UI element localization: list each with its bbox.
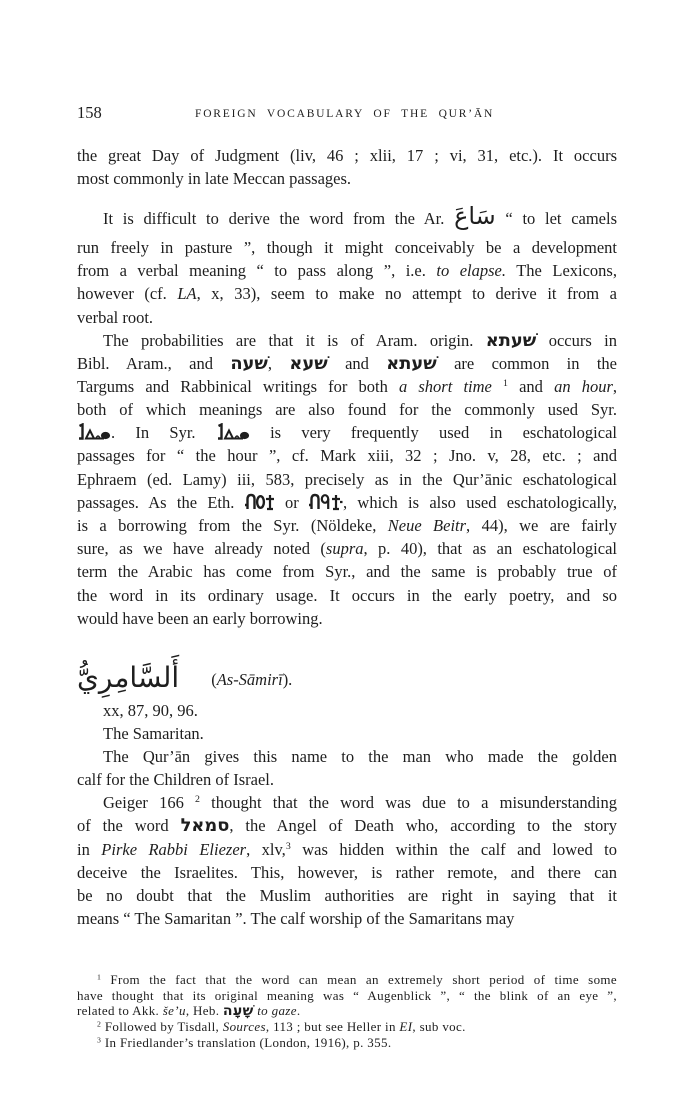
text-line: sure, as we have already noted (supra, p… — [77, 537, 617, 560]
text-line: calf for the Children of Israel. — [77, 768, 617, 791]
text-run: . — [297, 1003, 301, 1018]
text-run: Geiger 166 — [103, 793, 195, 812]
text-run: ). — [283, 670, 293, 689]
text-line: Targums and Rabbinical writings for both… — [77, 375, 617, 398]
text-line: means “ The Samaritan ”. The calf worshi… — [77, 907, 617, 930]
text-run: is very frequently used in eschatologica… — [250, 423, 617, 442]
paragraph-geiger: Geiger 166 2 thought that the word was d… — [77, 791, 617, 930]
italic-text: Sources — [223, 1019, 266, 1034]
paragraph-golden-calf: The Qur’ān gives this name to the man wh… — [77, 745, 617, 791]
hebrew-word: שׁעא — [289, 353, 327, 374]
text-run: The probabilities are that it is of Aram… — [103, 331, 486, 350]
text-run: are common in the — [437, 354, 617, 373]
text-line: however (cf. LA, x, 33), seem to make no… — [77, 282, 617, 305]
text-run: , sub voc. — [412, 1019, 465, 1034]
text-line: It is difficult to derive the word from … — [77, 196, 617, 236]
running-title: FOREIGN VOCABULARY OF THE QUR’ĀN — [195, 103, 494, 125]
paragraph-continuation: the great Day of Judgment (liv, 46 ; xli… — [77, 144, 617, 190]
text-run: or — [275, 493, 309, 512]
footnote-3: 3 In Friedlander’s translation (London, … — [77, 1035, 617, 1051]
ethiopic-word: ሰዐት — [245, 493, 275, 511]
paragraph-aramaic-origin: The probabilities are that it is of Aram… — [77, 329, 617, 630]
page-number: 158 — [77, 102, 102, 124]
hebrew-word: שׁעה — [230, 353, 268, 374]
text-run: , which is also used eschatologically, — [343, 493, 617, 512]
text-run: be no doubt that the Muslim authorities … — [77, 886, 617, 905]
hebrew-word: שָׁעָה — [223, 1003, 254, 1019]
text-line: would have been an early borrowing. — [77, 607, 617, 630]
hebrew-word: שׁעתא — [386, 353, 437, 374]
text-run: , p. 40), that as an eschatological — [364, 539, 618, 558]
text-line: passages. As the Eth. ሰዐት or ሰዓት , which… — [77, 491, 617, 514]
text-line: 1 From the fact that the word can mean a… — [77, 972, 617, 988]
italic-text: a short time — [399, 377, 492, 396]
ethiopic-word: ሰዓት — [309, 493, 343, 511]
text-run: verbal root. — [77, 308, 153, 327]
hebrew-word: סמאל — [181, 815, 230, 836]
text-run: “ to let camels — [496, 209, 617, 228]
hebrew-word: שׁעתא — [486, 330, 537, 351]
text-run: From the fact that the word can mean an … — [101, 972, 617, 987]
footnotes: 1 From the fact that the word can mean a… — [77, 972, 617, 1050]
text-line: xx, 87, 90, 96. — [77, 699, 617, 722]
text-run: The Qur’ān gives this name to the man wh… — [103, 747, 617, 766]
text-run: deceive the Israelites. This, however, i… — [77, 863, 617, 882]
text-run: of the word — [77, 816, 181, 835]
text-line: in Pirke Rabbi Eliezer, xlv,3 was hidden… — [77, 838, 617, 861]
text-line: from a verbal meaning “ to pass along ”,… — [77, 259, 617, 282]
text-line: the great Day of Judgment (liv, 46 ; xli… — [77, 144, 617, 167]
italic-text: Pirke Rabbi Eliezer — [101, 840, 246, 859]
text-run: thought that the word was due to a misun… — [200, 793, 617, 812]
text-line: verbal root. — [77, 306, 617, 329]
text-run: both of which meanings are also found fo… — [77, 400, 617, 419]
text-line: The Qur’ān gives this name to the man wh… — [77, 745, 617, 768]
italic-text: EI — [399, 1019, 412, 1034]
text-run: passages for “ the hour ”, cf. Mark xiii… — [77, 446, 617, 465]
text-line: most commonly in late Meccan passages. — [77, 167, 617, 190]
text-run — [492, 377, 503, 396]
text-run: The Samaritan. — [103, 724, 204, 743]
text-run: from a verbal meaning “ to pass along ”,… — [77, 261, 436, 280]
text-line: term the Arabic has come from Syr., and … — [77, 560, 617, 583]
text-run: in — [77, 840, 101, 859]
text-run: Bibl. Aram., and — [77, 354, 230, 373]
text-line: The Samaritan. — [77, 722, 617, 745]
italic-text: to elapse. — [436, 261, 506, 280]
text-run: The Lexicons, — [506, 261, 617, 280]
text-run: Followed by Tisdall, — [101, 1019, 222, 1034]
text-run: the great Day of Judgment (liv, 46 ; xli… — [77, 146, 617, 165]
text-line: The probabilities are that it is of Aram… — [77, 329, 617, 352]
text-run: , — [268, 354, 289, 373]
text-run: the word in its ordinary usage. It occur… — [77, 586, 617, 605]
text-run: is a borrowing from the Syr. (Nöldeke, — [77, 516, 388, 535]
text-line: 2 Followed by Tisdall, Sources, 113 ; bu… — [77, 1019, 617, 1035]
entry-heading: أَلسَّامِرِيُّ(As-Sāmirī). — [77, 660, 617, 696]
syriac-word-glyph — [77, 423, 111, 441]
text-run: term the Arabic has come from Syr., and … — [77, 562, 617, 581]
text-line: have thought that its original meaning w… — [77, 988, 617, 1004]
text-run: passages. As the Eth. — [77, 493, 245, 512]
text-run: Targums and Rabbinical writings for both — [77, 377, 399, 396]
text-line: both of which meanings are also found fo… — [77, 398, 617, 421]
syriac-word-glyph — [216, 423, 250, 441]
text-line: is a borrowing from the Syr. (Nöldeke, N… — [77, 514, 617, 537]
text-run: , x, 33), seem to make no attempt to der… — [197, 284, 617, 303]
text-line: run freely in pasture ”, though it might… — [77, 236, 617, 259]
text-run: means “ The Samaritan ”. The calf worshi… — [77, 909, 514, 928]
italic-text: As-Sāmirī — [217, 670, 283, 689]
footnote-2: 2 Followed by Tisdall, Sources, 113 ; bu… — [77, 1019, 617, 1035]
text-line: related to Akk. še’u, Heb. שָׁעָה to gaz… — [77, 1003, 617, 1019]
text-line: the word in its ordinary usage. It occur… — [77, 584, 617, 607]
footnote-1: 1 From the fact that the word can mean a… — [77, 972, 617, 1019]
text-run: , xlv, — [246, 840, 286, 859]
text-run: related to Akk. — [77, 1003, 163, 1018]
syriac-word: ܫܥܬܐ — [216, 423, 250, 441]
text-line: Bibl. Aram., and שׁעה, שׁעא and שׁעתא ar… — [77, 352, 617, 375]
text-run: and — [328, 354, 387, 373]
text-run: however (cf. — [77, 284, 177, 303]
syriac-word: ܫܥܬܐ — [77, 423, 111, 441]
italic-text: Neue Beitr — [388, 516, 466, 535]
text-run: was hidden within the calf and lowed to — [291, 840, 617, 859]
text-line: passages for “ the hour ”, cf. Mark xiii… — [77, 444, 617, 467]
ethiopic-word-glyph — [309, 493, 343, 511]
text-run: xx, 87, 90, 96. — [103, 701, 198, 720]
ethiopic-word-glyph — [245, 493, 275, 511]
text-run: , 113 ; but see Heller in — [266, 1019, 400, 1034]
running-head: 158 FOREIGN VOCABULARY OF THE QUR’ĀN — [77, 102, 617, 124]
text-run: have thought that its original meaning w… — [77, 988, 617, 1003]
italic-text: an hour — [554, 377, 613, 396]
italic-text: LA — [177, 284, 196, 303]
text-run: sure, as we have already noted ( — [77, 539, 326, 558]
text-line: 3 In Friedlander’s translation (London, … — [77, 1035, 617, 1051]
arabic-word: سَاعَ — [454, 202, 496, 230]
text-run: . In Syr. — [111, 423, 216, 442]
paragraph-arabic-derivation: It is difficult to derive the word from … — [77, 196, 617, 329]
text-run: , the Angel of Death who, according to t… — [229, 816, 617, 835]
entry-gloss: The Samaritan. — [77, 722, 617, 745]
text-run: would have been an early borrowing. — [77, 609, 323, 628]
text-run: In Friedlander’s translation (London, 19… — [101, 1035, 391, 1050]
text-run: , Heb. — [186, 1003, 223, 1018]
book-page: 158 FOREIGN VOCABULARY OF THE QUR’ĀN the… — [0, 0, 697, 1104]
text-run: run freely in pasture ”, though it might… — [77, 238, 617, 257]
text-line: Ephraem (ed. Lamy) iii, 583, precisely a… — [77, 468, 617, 491]
italic-text: še’u — [163, 1003, 186, 1018]
text-line: be no doubt that the Muslim authorities … — [77, 884, 617, 907]
text-run: , 44), we are fairly — [466, 516, 617, 535]
text-run: Ephraem (ed. Lamy) iii, 583, precisely a… — [77, 470, 617, 489]
text-run: It is difficult to derive the word from … — [103, 209, 454, 228]
text-line: deceive the Israelites. This, however, i… — [77, 861, 617, 884]
text-line: Geiger 166 2 thought that the word was d… — [77, 791, 617, 814]
verse-references: xx, 87, 90, 96. — [77, 699, 617, 722]
text-run: , — [613, 377, 617, 396]
text-run: most commonly in late Meccan passages. — [77, 169, 351, 188]
italic-text: supra — [326, 539, 364, 558]
text-line: ܫܥܬܐ . In Syr. ܫܥܬܐ is very frequently u… — [77, 421, 617, 444]
text-run: and — [508, 377, 554, 396]
text-line: of the word סמאל, the Angel of Death who… — [77, 814, 617, 837]
text-line: أَلسَّامِرِيُّ(As-Sāmirī). — [77, 660, 617, 696]
text-run: occurs in — [536, 331, 617, 350]
arabic-word: أَلسَّامِرِيُّ — [77, 661, 179, 694]
italic-text: to gaze — [257, 1003, 297, 1018]
text-run: calf for the Children of Israel. — [77, 770, 274, 789]
